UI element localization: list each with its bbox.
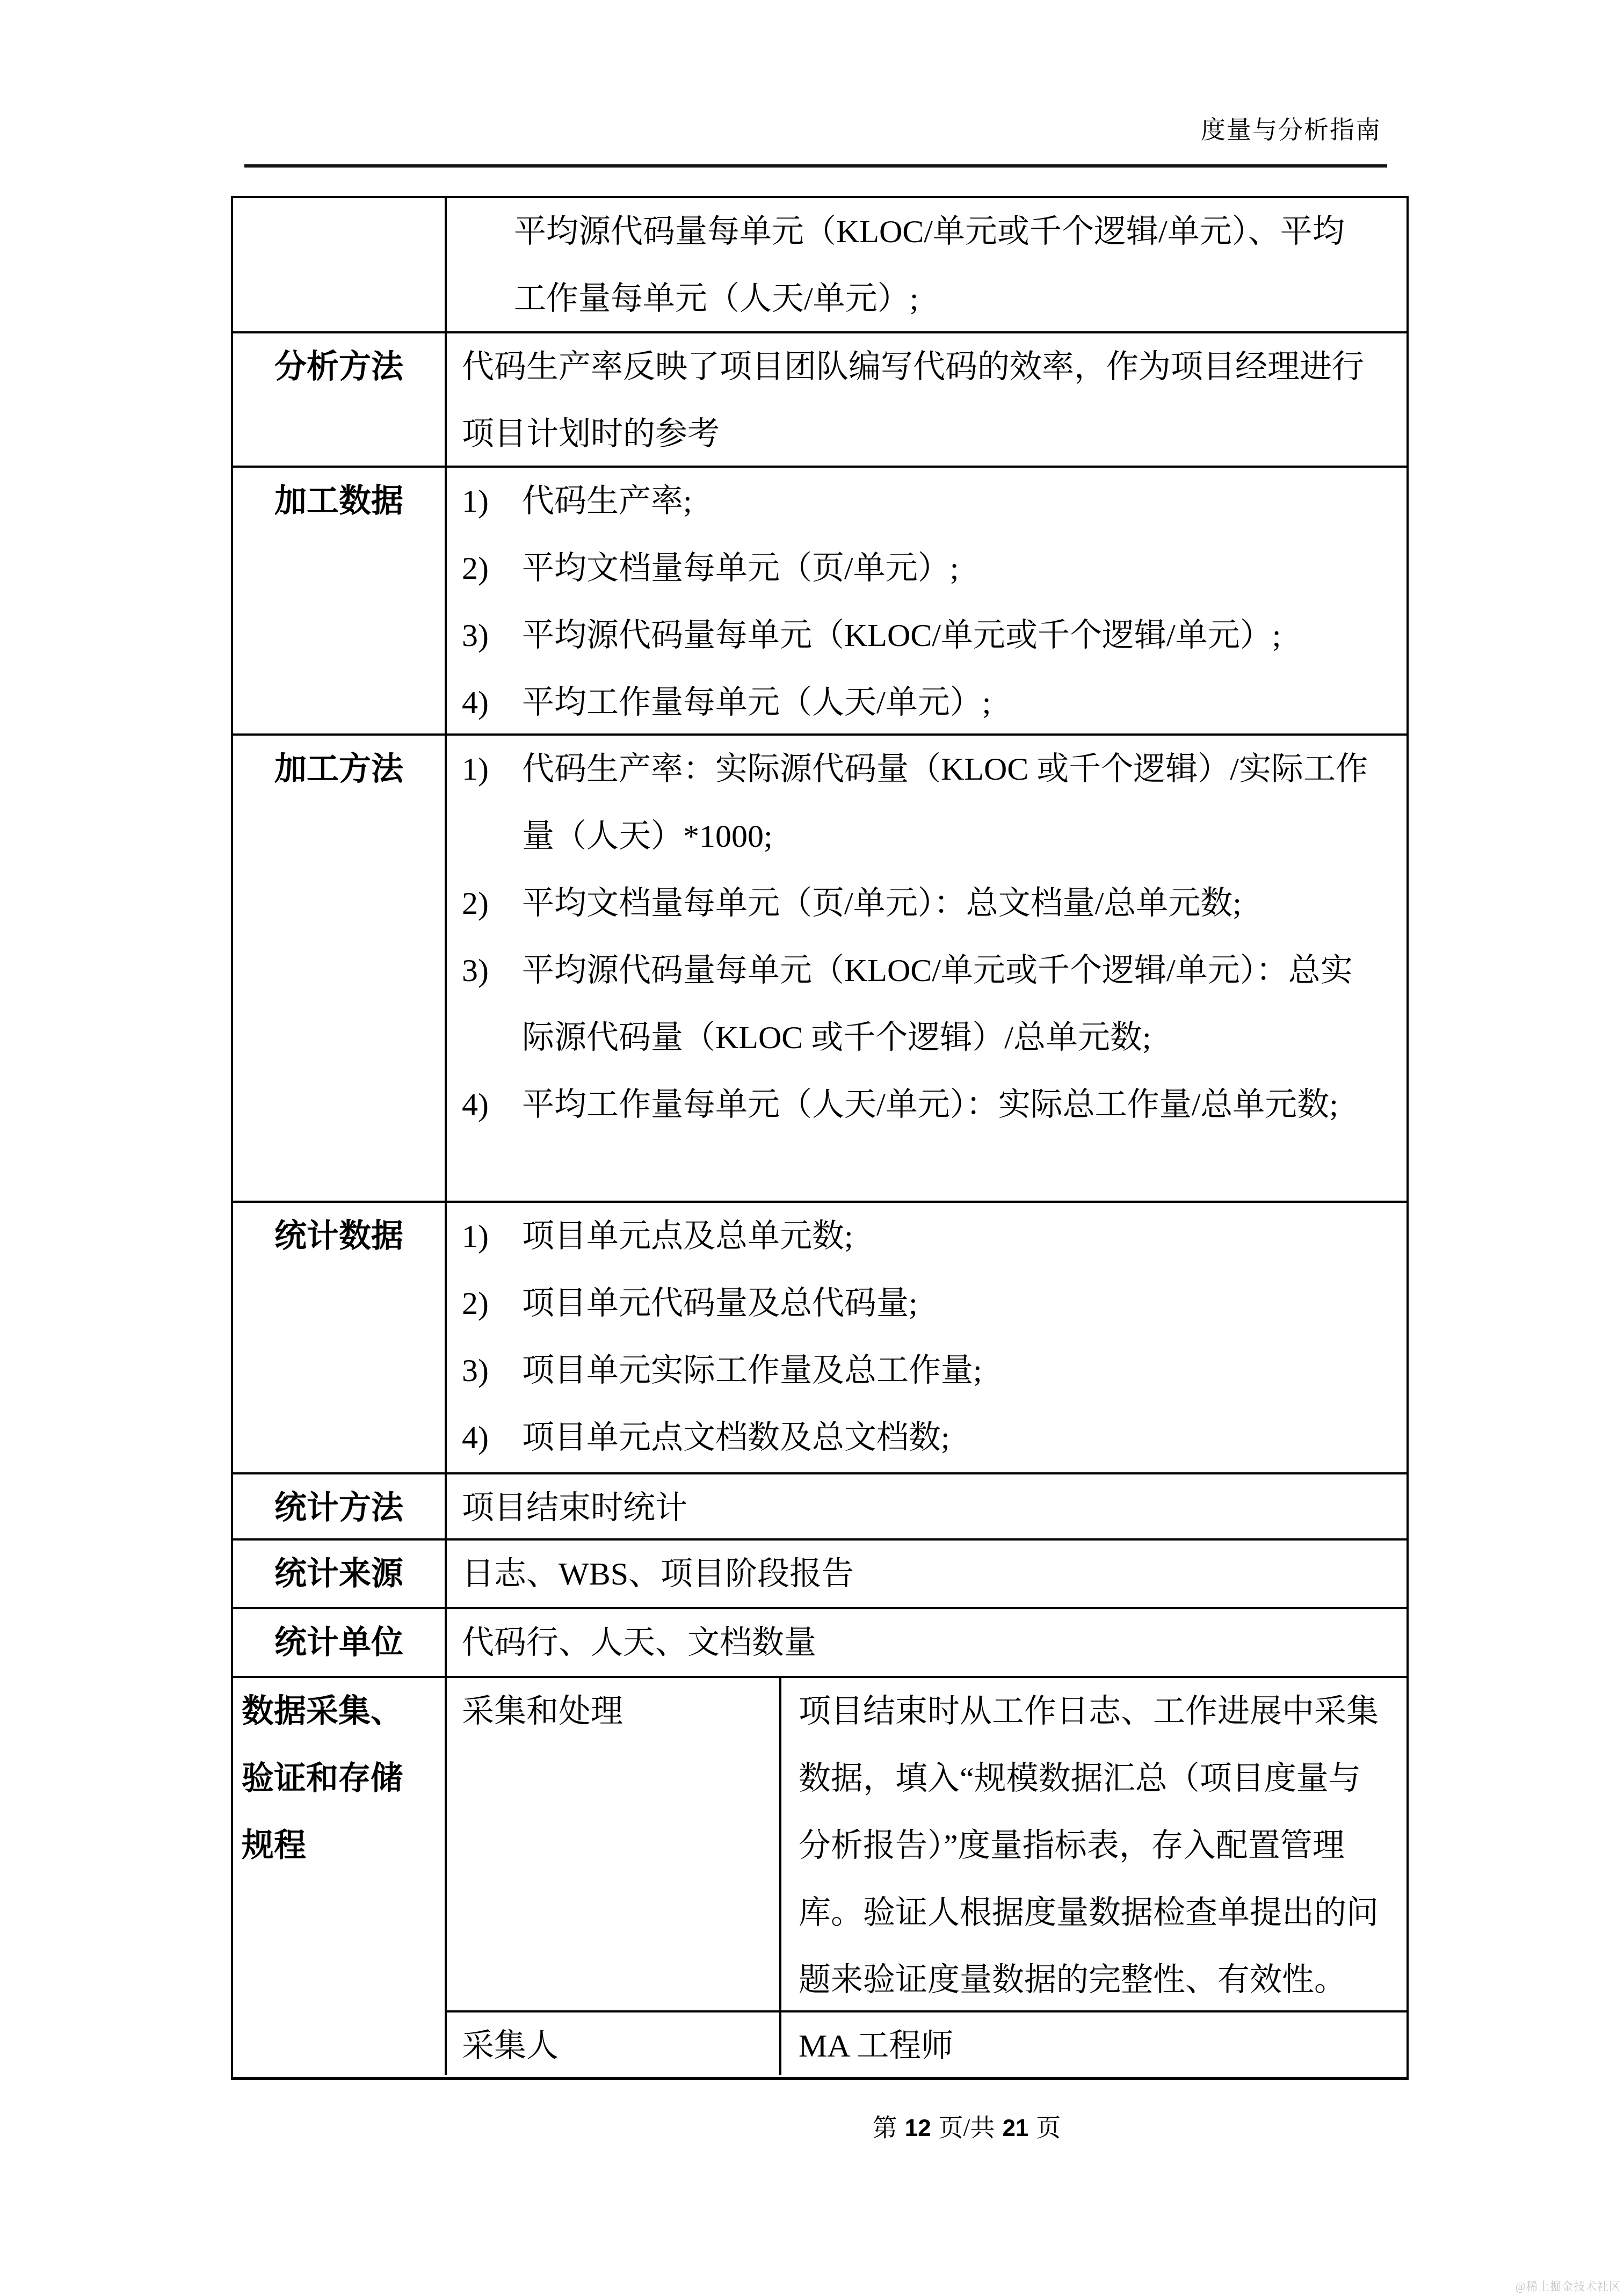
list-item-number: 1) <box>462 1203 522 1270</box>
row-content: 代码生产率反映了项目团队编写代码的效率，作为项目经理进行 项目计划时的参考 <box>445 333 1407 466</box>
text-line: 采集人 <box>462 2012 775 2075</box>
text-line: 项目结束时统计 <box>462 1474 1402 1538</box>
list-item-number: 3) <box>462 602 522 669</box>
row-label-statistics-method: 统计方法 <box>233 1474 445 1538</box>
text-line: 量（人天）*1000; <box>522 803 1402 870</box>
row-label-processed-data: 加工数据 <box>233 468 445 733</box>
text-line: 数据采集、 <box>242 1678 445 1745</box>
document-page: 度量与分析指南 平均源代码量每单元（KLOC/单元或千个逻辑/单元）、平均 工作… <box>0 0 1624 2296</box>
list-item: 3) 项目单元实际工作量及总工作量; <box>462 1337 1402 1404</box>
text-line: 代码生产率反映了项目团队编写代码的效率，作为项目经理进行 <box>462 333 1402 401</box>
row-label-statistics-source: 统计来源 <box>233 1541 445 1607</box>
list-item-number: 3) <box>462 937 522 1071</box>
list-item-number: 2) <box>462 870 522 937</box>
text-line: 项目结束时从工作日志、工作进展中采集 <box>799 1678 1402 1745</box>
footer-page-number: 12 <box>897 2115 939 2141</box>
list-item: 4) 项目单元点文档数及总文档数; <box>462 1404 1402 1471</box>
text-line: 平均源代码量每单元（KLOC/单元或千个逻辑/单元）：总实 <box>522 937 1402 1004</box>
text-line: MA 工程师 <box>799 2012 1402 2075</box>
header-rule <box>244 164 1387 168</box>
list-item: 2) 平均文档量每单元（页/单元）; <box>462 535 1402 602</box>
subrow-key: 采集人 <box>445 2012 779 2075</box>
table-row: 数据采集、 验证和存储 规程 采集和处理 项目结束时从工作日志、工作进展中采集 … <box>233 1678 1407 2077</box>
text-line: 日志、WBS、项目阶段报告 <box>462 1541 1402 1607</box>
text-line: 项目单元实际工作量及总工作量; <box>522 1337 1402 1404</box>
row-label-data-collection-procedure: 数据采集、 验证和存储 规程 <box>233 1678 445 2077</box>
table-row: 统计单位 代码行、人天、文档数量 <box>233 1609 1407 1678</box>
row-label-analysis-method: 分析方法 <box>233 333 445 466</box>
text-line: 验证和存储 <box>242 1745 445 1812</box>
row-label-statistics-unit: 统计单位 <box>233 1609 445 1676</box>
table-row: 统计数据 1) 项目单元点及总单元数; 2) 项目单元代码量及总代码量; 3) … <box>233 1203 1407 1474</box>
list-item: 2) 平均文档量每单元（页/单元）：总文档量/总单元数; <box>462 870 1402 937</box>
text-line: 分析报告）”度量指标表，存入配置管理 <box>799 1812 1402 1879</box>
list-item-number: 3) <box>462 1337 522 1404</box>
list-item-number: 1) <box>462 468 522 535</box>
subrow-column: 采集和处理 项目结束时从工作日志、工作进展中采集 数据，填入“规模数据汇总（项目… <box>445 1678 1407 2077</box>
subrow-value: 项目结束时从工作日志、工作进展中采集 数据，填入“规模数据汇总（项目度量与 分析… <box>779 1678 1407 2010</box>
footer-suffix: 页 <box>1036 2114 1061 2141</box>
row-label-empty <box>233 198 445 331</box>
list-item: 1) 代码生产率：实际源代码量（KLOC 或千个逻辑）/实际工作 量（人天）*1… <box>462 736 1402 870</box>
row-content: 平均源代码量每单元（KLOC/单元或千个逻辑/单元）、平均 工作量每单元（人天/… <box>445 198 1407 331</box>
row-content: 1) 项目单元点及总单元数; 2) 项目单元代码量及总代码量; 3) 项目单元实… <box>445 1203 1407 1472</box>
text-line: 项目单元代码量及总代码量; <box>522 1270 1402 1337</box>
subrow-collection-processing: 采集和处理 项目结束时从工作日志、工作进展中采集 数据，填入“规模数据汇总（项目… <box>445 1678 1407 2012</box>
list-item: 2) 项目单元代码量及总代码量; <box>462 1270 1402 1337</box>
row-label-statistics-data: 统计数据 <box>233 1203 445 1472</box>
list-item-number: 4) <box>462 669 522 733</box>
text-line: 采集和处理 <box>462 1678 775 1745</box>
list-item-number: 2) <box>462 1270 522 1337</box>
text-line: 平均文档量每单元（页/单元）：总文档量/总单元数; <box>522 870 1402 937</box>
text-line: 际源代码量（KLOC 或千个逻辑）/总单元数; <box>522 1004 1402 1071</box>
list-item: 3) 平均源代码量每单元（KLOC/单元或千个逻辑/单元）; <box>462 602 1402 669</box>
footer-separator: 页/共 <box>939 2114 995 2141</box>
row-content: 项目结束时统计 <box>445 1474 1407 1538</box>
text-line: 平均源代码量每单元（KLOC/单元或千个逻辑/单元）、平均 <box>514 198 1402 265</box>
text-line: 题来验证度量数据的完整性、有效性。 <box>799 1946 1402 2010</box>
text-line: 项目单元点文档数及总文档数; <box>522 1404 1402 1471</box>
row-content: 日志、WBS、项目阶段报告 <box>445 1541 1407 1607</box>
list-item: 4) 平均工作量每单元（人天/单元）：实际总工作量/总单元数; <box>462 1071 1402 1138</box>
subrow-collector: 采集人 MA 工程师 <box>445 2012 1407 2075</box>
list-item-number: 4) <box>462 1071 522 1138</box>
table-row: 统计方法 项目结束时统计 <box>233 1474 1407 1541</box>
text-line: 平均工作量每单元（人天/单元）：实际总工作量/总单元数; <box>522 1071 1402 1138</box>
text-line: 平均文档量每单元（页/单元）; <box>522 535 1402 602</box>
subrow-value: MA 工程师 <box>779 2012 1407 2075</box>
list-item-number: 4) <box>462 1404 522 1471</box>
row-content: 代码行、人天、文档数量 <box>445 1609 1407 1676</box>
text-line: 工作量每单元（人天/单元）; <box>514 265 1402 331</box>
text-line: 代码生产率; <box>522 468 1402 535</box>
row-content: 1) 代码生产率：实际源代码量（KLOC 或千个逻辑）/实际工作 量（人天）*1… <box>445 736 1407 1201</box>
row-label-processing-method: 加工方法 <box>233 736 445 1201</box>
list-item: 1) 代码生产率; <box>462 468 1402 535</box>
text-line: 项目单元点及总单元数; <box>522 1203 1402 1270</box>
table-row: 统计来源 日志、WBS、项目阶段报告 <box>233 1541 1407 1609</box>
text-line: 规程 <box>242 1812 445 1879</box>
text-line: 平均工作量每单元（人天/单元）; <box>522 669 1402 733</box>
footer-prefix: 第 <box>873 2114 897 2141</box>
text-line: 平均源代码量每单元（KLOC/单元或千个逻辑/单元）; <box>522 602 1402 669</box>
row-content: 1) 代码生产率; 2) 平均文档量每单元（页/单元）; 3) 平均源代码量每单… <box>445 468 1407 733</box>
list-item: 1) 项目单元点及总单元数; <box>462 1203 1402 1270</box>
page-header-title: 度量与分析指南 <box>1201 114 1381 146</box>
footer-total-pages: 21 <box>995 2115 1036 2141</box>
table-row: 加工方法 1) 代码生产率：实际源代码量（KLOC 或千个逻辑）/实际工作 量（… <box>233 736 1407 1203</box>
list-item: 4) 平均工作量每单元（人天/单元）; <box>462 669 1402 733</box>
table-row: 加工数据 1) 代码生产率; 2) 平均文档量每单元（页/单元）; 3) 平均源… <box>233 468 1407 736</box>
list-item-number: 1) <box>462 736 522 870</box>
table-row: 平均源代码量每单元（KLOC/单元或千个逻辑/单元）、平均 工作量每单元（人天/… <box>233 198 1407 333</box>
table-row: 分析方法 代码生产率反映了项目团队编写代码的效率，作为项目经理进行 项目计划时的… <box>233 333 1407 468</box>
watermark: @稀土掘金技术社区 <box>1516 2278 1621 2294</box>
text-line: 库。验证人根据度量数据检查单提出的问 <box>799 1879 1402 1946</box>
measurement-table: 平均源代码量每单元（KLOC/单元或千个逻辑/单元）、平均 工作量每单元（人天/… <box>231 196 1409 2080</box>
text-line: 项目计划时的参考 <box>462 401 1402 466</box>
page-footer: 第12页/共21页 <box>873 2109 1061 2147</box>
list-item-number: 2) <box>462 535 522 602</box>
list-item: 3) 平均源代码量每单元（KLOC/单元或千个逻辑/单元）：总实 际源代码量（K… <box>462 937 1402 1071</box>
text-line: 代码生产率：实际源代码量（KLOC 或千个逻辑）/实际工作 <box>522 736 1402 803</box>
text-line: 数据，填入“规模数据汇总（项目度量与 <box>799 1745 1402 1812</box>
text-line: 代码行、人天、文档数量 <box>462 1609 1402 1676</box>
subrow-key: 采集和处理 <box>445 1678 779 2010</box>
